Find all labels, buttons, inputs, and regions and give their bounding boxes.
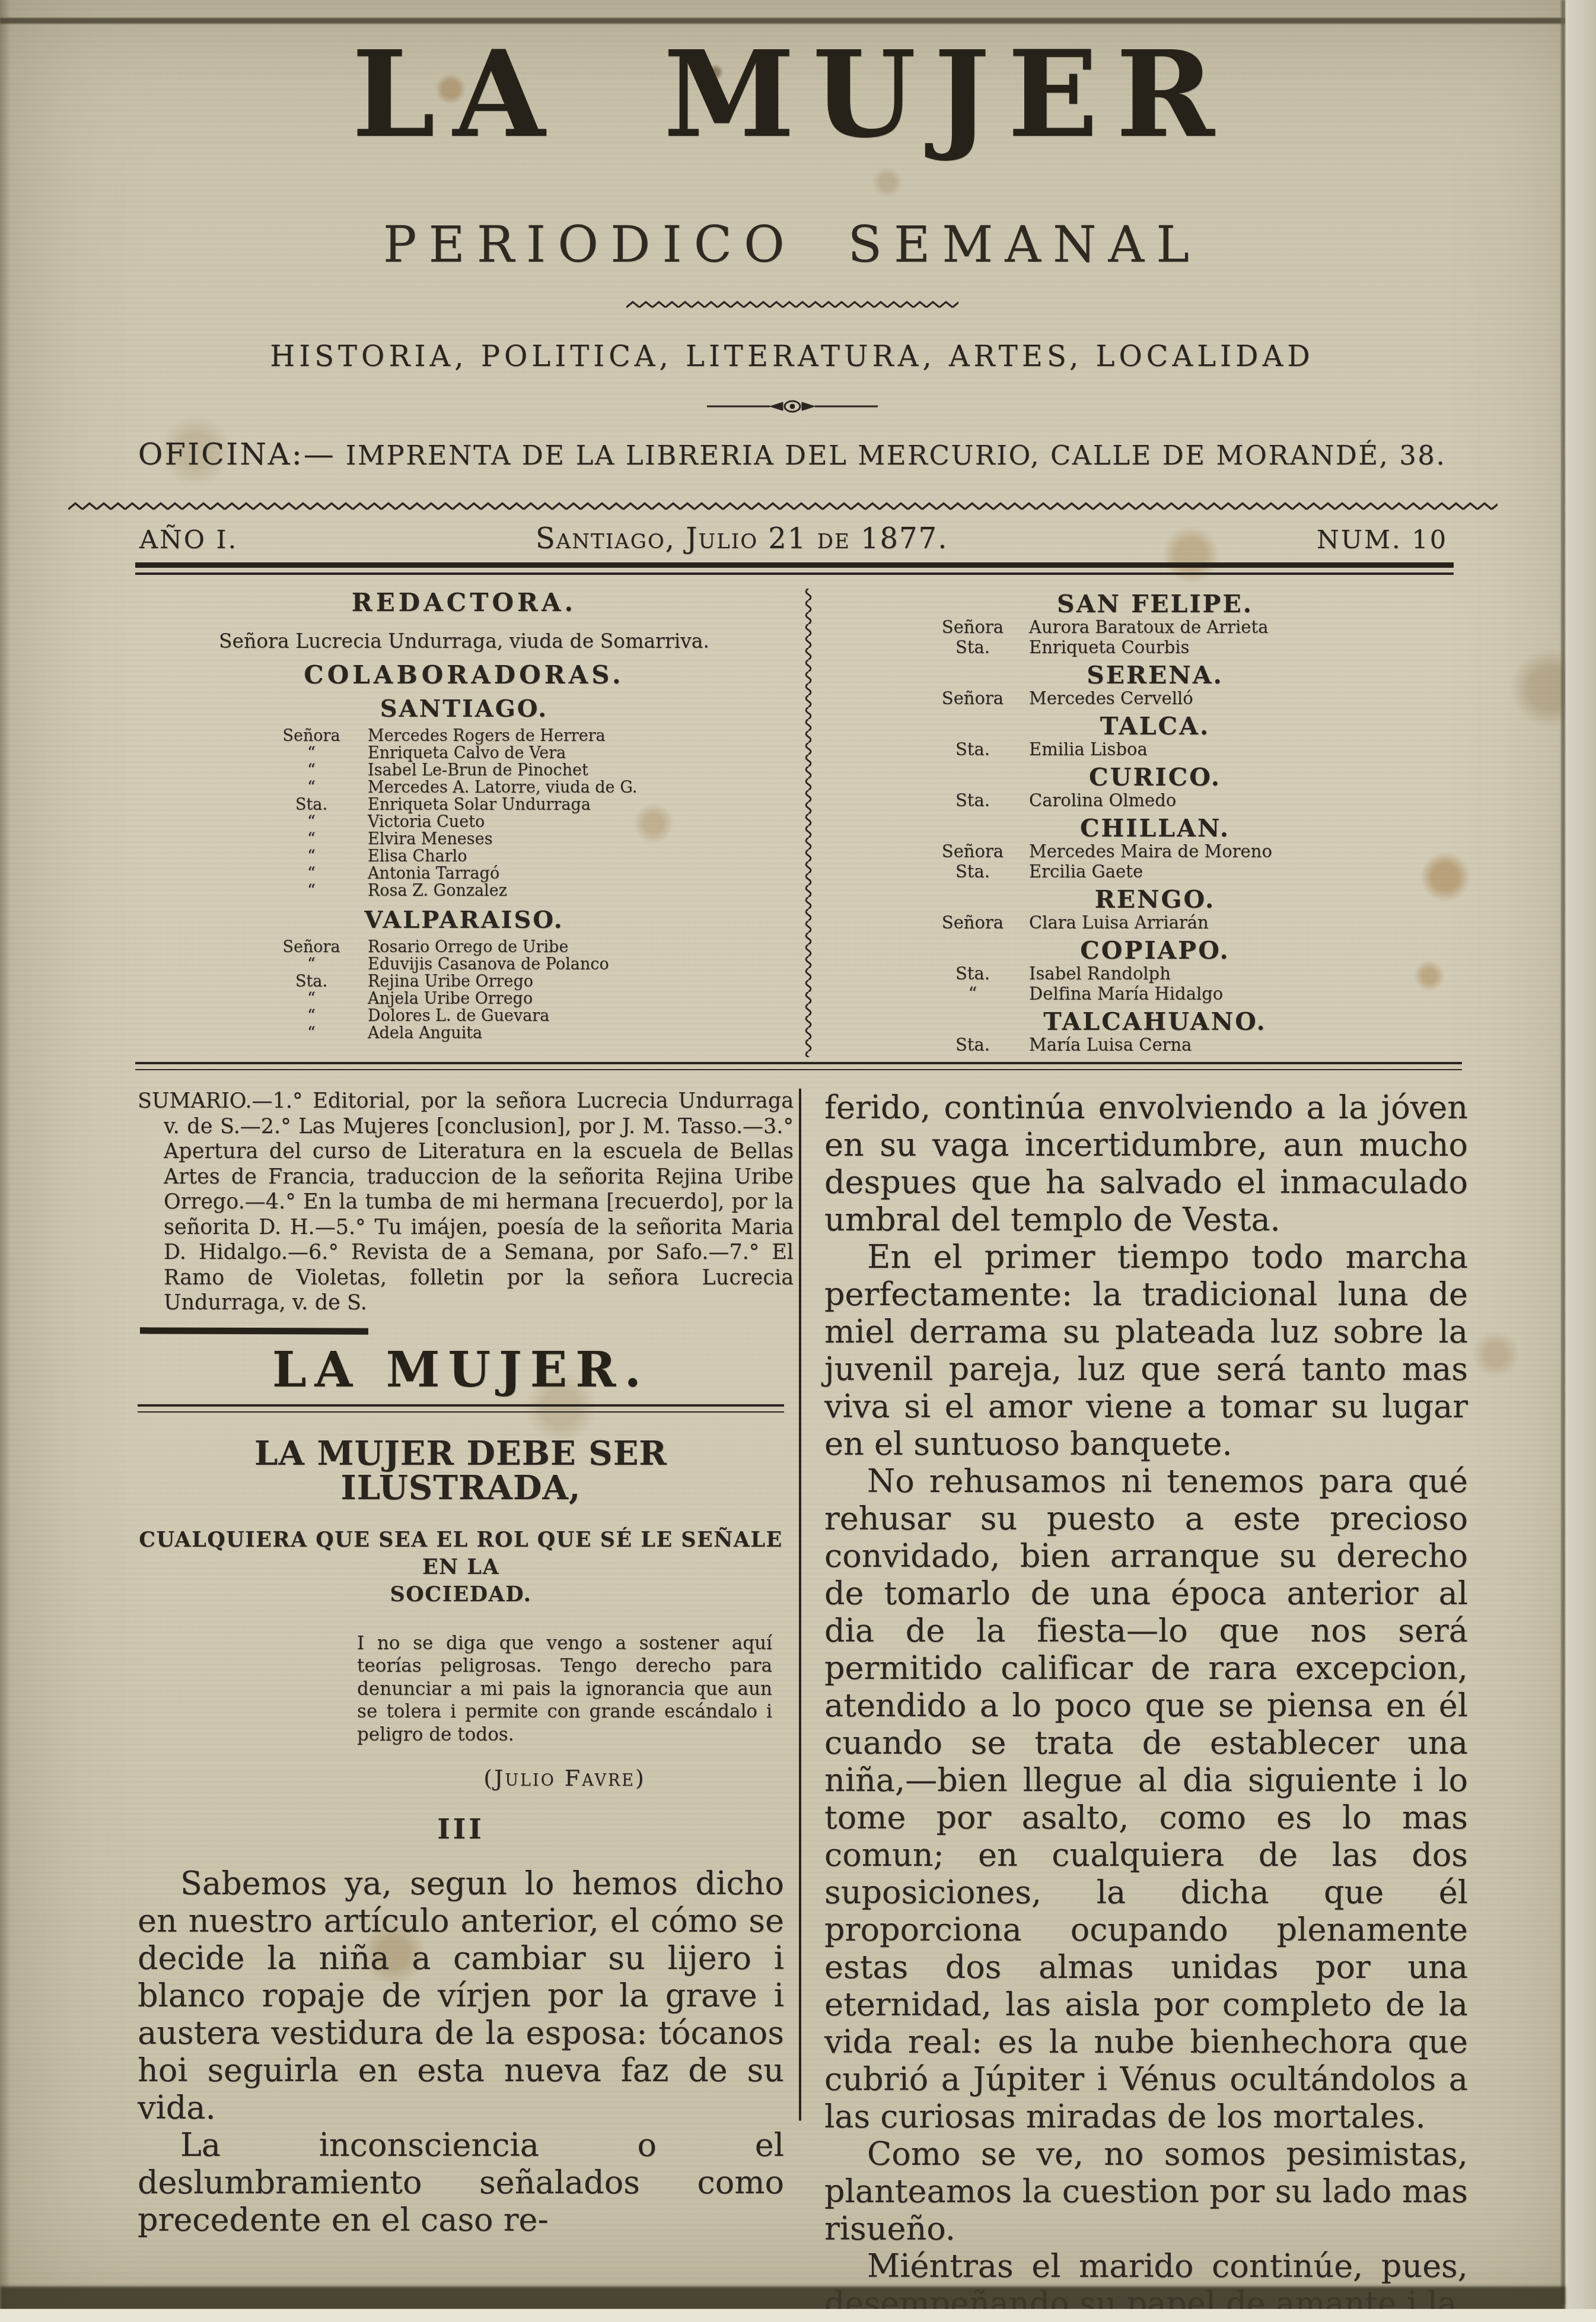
city-heading-talca: TALCA. [845, 713, 1465, 739]
article-paragraph: La inconsciencia o el deslumbramiento se… [138, 2126, 784, 2238]
section-bar [140, 1327, 368, 1334]
epigraph: I no se diga que vengo a sostener aquí t… [357, 1632, 772, 1747]
edition-date: Santiago, Julio 21 de 1877. [536, 522, 948, 555]
staff-name: Clara Luisa Arriarán [1029, 912, 1465, 933]
honorific: Señora [916, 912, 1029, 933]
staff-name: Isabel Randolph [1029, 963, 1465, 984]
redactora-heading: REDACTORA. [136, 589, 792, 617]
staff-name: Rosa Z. Gonzalez [368, 882, 792, 899]
staff-row: Sta.Enriqueta Solar Undurraga [136, 796, 792, 813]
staff-name: Enriqueta Calvo de Vera [368, 745, 792, 762]
staff-name: Mercedes Maira de Moreno [1029, 841, 1465, 861]
honorific: Sta. [916, 861, 1029, 882]
newspaper-page-photo: LA MUJER PERIODICO SEMANAL HISTORIA, POL… [0, 0, 1596, 2322]
staff-row: “Mercedes A. Latorre, viuda de G. [136, 779, 792, 796]
office-label: OFICINA:— [138, 437, 336, 472]
staff-row: “Eduvijis Casanova de Polanco [136, 956, 792, 973]
article-section-title: LA MUJER. [138, 1344, 784, 1396]
staff-row: SeñoraRosario Orrego de Uribe [136, 939, 792, 956]
title-rule [138, 1404, 784, 1413]
honorific: “ [255, 813, 368, 831]
staff-name: Adela Anguita [368, 1025, 792, 1042]
zigzag-rule-icon [68, 501, 1498, 512]
honorific: “ [255, 990, 368, 1007]
staff-name: Anjela Uribe Orrego [368, 990, 792, 1007]
staff-name: Eduvijis Casanova de Polanco [368, 956, 792, 973]
article-headline: LA MUJER DEBE SER ILUSTRADA, [138, 1436, 784, 1505]
honorific: “ [255, 882, 368, 899]
city-heading-copiapo: COPIAPO. [845, 937, 1465, 963]
honorific: “ [255, 865, 368, 882]
staff-row: SeñoraMercedes Maira de Moreno [845, 841, 1465, 861]
article-subhead-line: SOCIEDAD. [138, 1581, 784, 1608]
redactora-name: Señora Lucrecia Undurraga, viuda de Soma… [136, 631, 792, 651]
staff-name: Enriqueta Solar Undurraga [368, 796, 792, 813]
honorific: Sta. [916, 637, 1029, 657]
office-line: OFICINA:— IMPRENTA DE LA LIBRERIA DEL ME… [71, 438, 1513, 472]
sumario-paragraph: SUMARIO.—1.° Editorial, por la señora Lu… [138, 1089, 794, 1316]
staff-name: Mercedes A. Latorre, viuda de G. [368, 779, 792, 796]
honorific: “ [255, 956, 368, 973]
office-text: IMPRENTA DE LA LIBRERIA DEL MERCURIO, CA… [346, 440, 1447, 471]
wavy-column-divider-icon [802, 589, 813, 1057]
staff-name: Antonia Tarragó [368, 865, 792, 882]
honorific: Sta. [916, 790, 1029, 810]
staff-name: Victoria Cueto [368, 813, 792, 831]
staff-row: SeñoraClara Luisa Arriarán [845, 912, 1465, 933]
newspaper-tagline: HISTORIA, POLITICA, LITERATURA, ARTES, L… [71, 339, 1513, 374]
staff-name: Elisa Charlo [368, 848, 792, 865]
staff-left-column: REDACTORA. Señora Lucrecia Undurraga, vi… [136, 589, 792, 1042]
article-paragraph: No rehusamos ni tenemos para qué rehusar… [824, 1462, 1468, 2135]
honorific: Sta. [916, 739, 1029, 759]
staff-name: Mercedes Cervelló [1029, 688, 1465, 708]
dateline-row: AÑO I. Santiago, Julio 21 de 1877. NUM. … [139, 522, 1448, 555]
honorific: Señora [255, 727, 368, 745]
staff-row: “Enriqueta Calvo de Vera [136, 745, 792, 762]
staff-row: “Victoria Cueto [136, 813, 792, 831]
staff-row: Sta.Carolina Olmedo [845, 790, 1465, 810]
staff-rows-valparaiso: SeñoraRosario Orrego de Uribe “Eduvijis … [136, 939, 792, 1042]
colaboradoras-heading: COLABORADORAS. [136, 661, 792, 689]
article-right-column: ferido, continúa envolviendo a la jóven … [824, 1089, 1468, 2322]
staff-name: Rejina Uribe Orrego [368, 973, 792, 990]
article-paragraph: ferido, continúa envolviendo a la jóven … [824, 1089, 1468, 1238]
honorific: “ [916, 984, 1029, 1004]
honorific: “ [255, 762, 368, 779]
staff-row: “Adela Anguita [136, 1025, 792, 1042]
staff-row: “Elvira Meneses [136, 831, 792, 848]
staff-name: Aurora Baratoux de Arrieta [1029, 617, 1465, 637]
staff-row: Sta.María Luisa Cerna [845, 1035, 1465, 1055]
honorific: “ [255, 848, 368, 865]
staff-row: “Isabel Le-Brun de Pinochet [136, 762, 792, 779]
staff-name: Rosario Orrego de Uribe [368, 939, 792, 956]
staff-name: Isabel Le-Brun de Pinochet [368, 762, 792, 779]
staff-row: “Elisa Charlo [136, 848, 792, 865]
page-content: LA MUJER PERIODICO SEMANAL HISTORIA, POL… [0, 0, 1596, 2322]
zigzag-divider-icon [626, 300, 958, 309]
city-heading-curico: CURICO. [845, 764, 1465, 790]
staff-name: Carolina Olmedo [1029, 790, 1465, 810]
city-heading-serena: SERENA. [845, 662, 1465, 688]
article-paragraph: Sabemos ya, segun lo hemos dicho en nues… [138, 1865, 784, 2126]
city-heading-rengo: RENGO. [845, 886, 1465, 912]
honorific: Sta. [255, 973, 368, 990]
newspaper-page: LA MUJER PERIODICO SEMANAL HISTORIA, POL… [0, 0, 1596, 2322]
honorific: Señora [255, 939, 368, 956]
staff-name: Delfina María Hidalgo [1029, 984, 1465, 1004]
staff-row: Sta.Rejina Uribe Orrego [136, 973, 792, 990]
article-left-column: SUMARIO.—1.° Editorial, por la señora Lu… [138, 1089, 784, 2238]
city-heading-valparaiso: VALPARAISO. [136, 906, 792, 934]
body-column-divider [799, 1089, 801, 2121]
staff-row: SeñoraMercedes Rogers de Herrera [136, 727, 792, 745]
article-paragraph: Como se ve, no somos pesimistas, plantea… [824, 2135, 1468, 2247]
staff-name: Elvira Meneses [368, 831, 792, 848]
honorific: Sta. [916, 963, 1029, 984]
honorific: Sta. [916, 1035, 1029, 1055]
staff-right-column: SAN FELIPE. SeñoraAurora Baratoux de Arr… [845, 591, 1465, 1055]
honorific: “ [255, 1007, 368, 1025]
staff-row: “Dolores L. de Guevara [136, 1007, 792, 1025]
staff-row: Sta.Ercilia Gaete [845, 861, 1465, 882]
honorific: Señora [916, 841, 1029, 861]
staff-name: Ercilia Gaete [1029, 861, 1465, 882]
honorific: Señora [916, 617, 1029, 637]
staff-row: Sta.Isabel Randolph [845, 963, 1465, 984]
staff-name: Enriqueta Courbis [1029, 637, 1465, 657]
staff-name: María Luisa Cerna [1029, 1035, 1465, 1055]
honorific: “ [255, 779, 368, 796]
staff-row: Sta.Emilia Lisboa [845, 739, 1465, 759]
honorific: Sta. [255, 796, 368, 813]
heavy-rule [135, 562, 1454, 575]
staff-rows-santiago: SeñoraMercedes Rogers de Herrera “Enriqu… [136, 727, 792, 899]
staff-row: “Anjela Uribe Orrego [136, 990, 792, 1007]
staff-name: Emilia Lisboa [1029, 739, 1465, 759]
newspaper-subtitle: PERIODICO SEMANAL [71, 218, 1513, 271]
honorific: “ [255, 831, 368, 848]
article-subhead-line: CUALQUIERA QUE SEA EL ROL QUE SÉ LE SEÑA… [138, 1526, 784, 1581]
edition-year: AÑO I. [139, 525, 238, 555]
chapter-numeral: III [138, 1815, 784, 1843]
article-subhead: CUALQUIERA QUE SEA EL ROL QUE SÉ LE SEÑA… [138, 1526, 784, 1608]
staff-bottom-rule [135, 1062, 1462, 1070]
city-heading-santiago: SANTIAGO. [136, 695, 792, 723]
honorific: Señora [916, 688, 1029, 708]
epigraph-attribution: (Julio Favre) [357, 1765, 772, 1791]
city-heading-san-felipe: SAN FELIPE. [845, 591, 1465, 617]
city-heading-talcahuano: TALCAHUANO. [845, 1009, 1465, 1035]
staff-name: Dolores L. de Guevara [368, 1007, 792, 1025]
honorific: “ [255, 745, 368, 762]
article-paragraph: En el primer tiempo todo marcha perfecta… [824, 1238, 1468, 1462]
masthead: LA MUJER PERIODICO SEMANAL HISTORIA, POL… [71, 31, 1513, 472]
staff-row: Sta.Enriqueta Courbis [845, 637, 1465, 657]
city-heading-chillan: CHILLAN. [845, 815, 1465, 841]
staff-row: “Delfina María Hidalgo [845, 984, 1465, 1004]
honorific: “ [255, 1025, 368, 1042]
staff-row: “Rosa Z. Gonzalez [136, 882, 792, 899]
ornament-divider-icon [703, 398, 881, 415]
edition-number: NUM. 10 [1317, 525, 1448, 555]
staff-row: SeñoraMercedes Cervelló [845, 688, 1465, 708]
article-paragraph: Miéntras el marido continúe, pues, desem… [824, 2247, 1468, 2322]
staff-row: SeñoraAurora Baratoux de Arrieta [845, 617, 1465, 637]
newspaper-title: LA MUJER [71, 31, 1513, 158]
staff-name: Mercedes Rogers de Herrera [368, 727, 792, 745]
staff-row: “Antonia Tarragó [136, 865, 792, 882]
